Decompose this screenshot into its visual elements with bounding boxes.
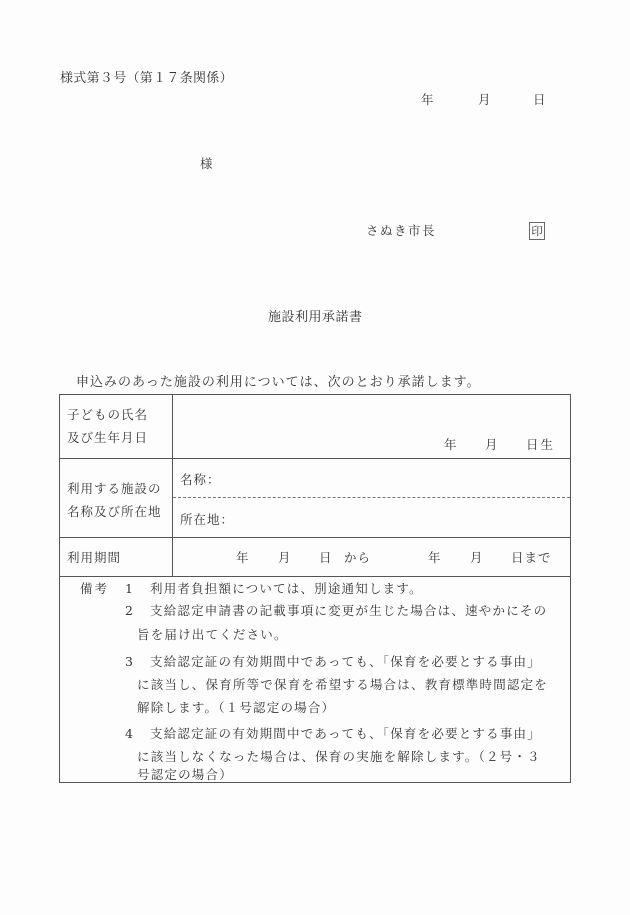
- birth-month: 月: [485, 439, 498, 452]
- note-1-line1: 利用者負担額については、別途通知します。: [150, 583, 423, 596]
- addressee-suffix: 様: [200, 158, 213, 171]
- notes-heading: 備考: [80, 583, 109, 596]
- facility-name-label: 名称：: [180, 474, 221, 487]
- facility-label-line2: 名称及び所在地: [67, 506, 162, 519]
- birth-day: 日生: [526, 439, 555, 452]
- date-month: 月: [478, 94, 491, 107]
- note-1-number: 1: [125, 583, 134, 596]
- child-name-label-line1: 子どもの氏名: [67, 409, 148, 422]
- from-year: 年: [236, 552, 249, 565]
- issuer: さぬき市長: [366, 225, 436, 238]
- note-3-line1: 支給認定証の有効期間中であっても、「保育を必要とする事由」: [150, 656, 541, 669]
- from-text: から: [344, 552, 371, 565]
- form-number: 様式第３号（第１７条関係）: [60, 72, 233, 85]
- note-3-line2: に該当し、保育所等で保育を希望する場合は、教育標準時間認定を: [137, 679, 548, 692]
- intro-text: 申込みのあった施設の利用については、次のとおり承諾します。: [76, 376, 481, 389]
- child-name-label-line2: 及び生年月日: [67, 432, 148, 445]
- note-4-line2: に該当しなくなった場合は、保育の実施を解除します。（２号・３: [137, 751, 541, 764]
- column-divider: [172, 395, 173, 577]
- document-title: 施設利用承諾書: [268, 311, 363, 324]
- to-day: 日まで: [511, 552, 552, 565]
- birth-year: 年: [444, 439, 457, 452]
- from-month: 月: [278, 552, 291, 565]
- note-2-line2: 旨を届け出てください。: [137, 629, 288, 642]
- from-day: 日: [319, 552, 332, 565]
- note-3-line3: 解除します。（１号認定の場合）: [137, 702, 335, 715]
- facility-address-label: 所在地：: [180, 514, 234, 527]
- note-4-number: 4: [125, 728, 134, 741]
- facility-label-line1: 利用する施設の: [67, 483, 162, 496]
- seal-mark: 印: [529, 222, 545, 240]
- note-2-line1: 支給認定申請書の記載事項に変更が生じた場合は、速やかにその: [150, 605, 547, 618]
- dashed-divider: [173, 497, 570, 498]
- row-divider-1: [60, 458, 570, 459]
- to-month: 月: [470, 552, 483, 565]
- note-3-number: 3: [125, 656, 134, 669]
- date-day: 日: [533, 94, 546, 107]
- note-2-number: 2: [125, 605, 134, 618]
- note-4-line1: 支給認定証の有効期間中であっても、「保育を必要とする事由」: [150, 728, 541, 741]
- note-4-line3: 号認定の場合）: [137, 769, 233, 782]
- approval-table: 子どもの氏名 及び生年月日 年 月 日生 利用する施設の 名称及び所在地 名称：…: [59, 394, 571, 783]
- date-year: 年: [421, 94, 434, 107]
- to-year: 年: [428, 552, 441, 565]
- period-label: 利用期間: [67, 552, 121, 565]
- row-divider-2: [60, 537, 570, 538]
- row-divider-3: [60, 576, 570, 577]
